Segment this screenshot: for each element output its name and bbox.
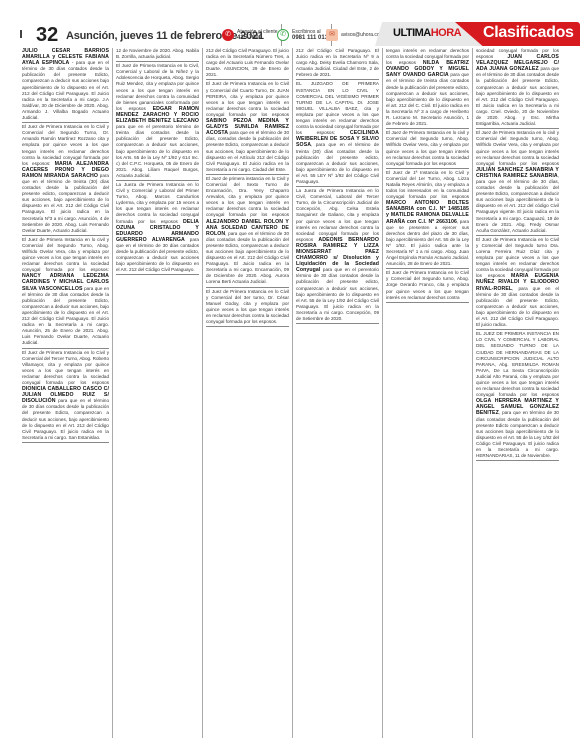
notice-body: para que en el término de 30 días contad… xyxy=(116,237,199,272)
legal-notice: 212 del Código Civil Paraguayo. El juici… xyxy=(206,48,289,80)
ultimahora-logo: ULTIMAHORA xyxy=(393,27,461,39)
notice-intro: El Juez de Primera Instancia en lo Civil… xyxy=(206,289,289,324)
legal-notice: La Jueza de Primera Instancia en lo Civi… xyxy=(116,182,199,275)
contact-value: 0981 111 013 xyxy=(292,35,328,41)
classifieds-columns: JULIO CESAR BARRIOS AMARILLA y CELESTE F… xyxy=(22,48,562,738)
notice-body: para que en el término de 30 días, conta… xyxy=(206,130,289,172)
notice-body: 212 del Código Civil Paraguayo. El juici… xyxy=(206,48,289,77)
notice-body: , para que en el término de 30 días cont… xyxy=(476,286,559,328)
notice-intro: El Juez de Primera Instancia en lo Civil… xyxy=(476,237,559,279)
notice-body: para que en el perentorio término de tre… xyxy=(116,124,199,178)
legal-notice: La Jueza de Primera Instancia en lo Civi… xyxy=(296,188,379,324)
legal-notice: 212 del Código Civil Paraguayo. El Juici… xyxy=(296,48,379,80)
column-4: 212 del Código Civil Paraguayo. El Juici… xyxy=(292,48,382,738)
section-banner: ULTIMAHORA Clasificados xyxy=(375,22,580,46)
legal-notice: El Juez de Primera Instancia en lo Civil… xyxy=(22,124,109,236)
notice-parties: JULIÁN SANCHEZ SANABRIA Y CRISTINA RAMIR… xyxy=(476,167,559,179)
column-5: tengan interés en reclamar derechos cont… xyxy=(382,48,472,738)
contact-whatsapp: ✆ Escríbinos al 0981 111 013 xyxy=(277,24,332,46)
notice-body: 212 del Código Civil Paraguayo. El Juici… xyxy=(296,48,379,77)
notice-intro: El Juez de Primera Instancia en lo civil… xyxy=(386,130,469,165)
whatsapp-icon: ✆ xyxy=(277,29,289,41)
notice-intro: El Juez de Primera Instancia en lo civil… xyxy=(22,237,109,272)
notice-intro: El Juez de Primera Instancia en lo Civil… xyxy=(206,81,289,116)
notice-intro: El Juez de Primera Instancia en lo Civil… xyxy=(386,270,469,299)
page-header: 32 Asunción, jueves 11 de febrero de 202… xyxy=(0,22,580,46)
notice-body: 12 de Noviembre de 2020. Abog. Nabila B.… xyxy=(116,48,199,59)
notice-body: para que en el término de 30 días contad… xyxy=(22,286,109,346)
notice-body: - para que en el término de 30 días cont… xyxy=(22,60,109,120)
phone-icon: ✆ xyxy=(222,29,234,41)
legal-notice: El Juez de primera instancia en lo Civil… xyxy=(206,176,289,288)
legal-notice: El Juez de Primera Instancia en lo civil… xyxy=(22,237,109,349)
column-2: 12 de Noviembre de 2020. Abog. Nabila B.… xyxy=(112,48,202,738)
legal-notice: tengan interés en reclamar derechos cont… xyxy=(386,48,469,129)
legal-notice: El Juez de Primera Instancia en lo Civil… xyxy=(22,350,109,443)
contact-customer-service: ✆ Atención al cliente 415 7000 xyxy=(222,24,282,46)
legal-notice: El Juez de 1ª Instancia en lo Civil y Co… xyxy=(386,170,469,270)
mail-icon: ✉ xyxy=(326,29,338,41)
column-6: sociedad conyugal formada por los esposo… xyxy=(472,48,562,738)
notice-intro: El Juez de primera instancia en lo Civil… xyxy=(206,176,289,218)
column-3: 212 del Código Civil Paraguayo. El juici… xyxy=(202,48,292,738)
legal-notice: El Juez de Primera Instancia en lo Civil… xyxy=(206,81,289,174)
notice-body: , para que se presenten a ejercer sus de… xyxy=(386,219,469,267)
notice-body: , para que en el término de 30 días, con… xyxy=(476,173,559,233)
legal-notice: El Juez de Primera Instancia en lo civil… xyxy=(386,130,469,169)
notice-intro: EL JUEZ DE PRIMERA INSTANCIA EN LO CIVIL… xyxy=(476,331,559,397)
legal-notice: El Juez de Primera Instancia en lo civil… xyxy=(476,130,559,236)
notice-body: para que en el término de 30 días contad… xyxy=(476,66,559,126)
notice-body: para que en el término de treinta días c… xyxy=(386,72,469,126)
legal-notice: EL JUEZ DE PRIMERA INSTANCIA EN LO CIVIL… xyxy=(476,331,559,461)
notice-body: , para que en el término de 30 días cont… xyxy=(206,231,289,285)
notice-body: para que en el término de treinta (30) d… xyxy=(22,173,109,233)
section-title: Clasificados xyxy=(483,24,574,42)
notice-intro: El Juez de Primera Instancia en lo Civil… xyxy=(116,63,199,111)
notice-body: , para que en el término de treinta (30)… xyxy=(296,142,379,184)
logo-prefix: ULTIMA xyxy=(393,27,431,39)
legal-notice: sociedad conyugal formada por los esposo… xyxy=(476,48,559,129)
notice-intro: La Jueza de Primera Instancia en lo Civi… xyxy=(116,182,199,224)
legal-notice: EL JUZGADO DE PRIMERA INSTANCIA EN LO CI… xyxy=(296,81,379,187)
notice-intro: El Juez de 1ª Instancia en lo Civil y Co… xyxy=(386,170,469,199)
legal-notice: El Juez de Primera Instancia en lo Civil… xyxy=(386,270,469,302)
page-number: 32 xyxy=(36,24,58,47)
logo-suffix: HORA xyxy=(431,27,461,39)
column-1: JULIO CESAR BARRIOS AMARILLA y CELESTE F… xyxy=(22,48,112,738)
notice-intro: EL JUZGADO DE PRIMERA INSTANCIA EN LO CI… xyxy=(296,81,379,135)
notice-intro: El Juez de Primera Instancia en lo Civil… xyxy=(22,124,109,166)
notice-intro: La Jueza de Primera Instancia en lo Civi… xyxy=(296,188,379,242)
notice-intro: El Juez de Primera Instancia en lo civil… xyxy=(476,130,559,165)
notice-body: para que en el perentorio término de 30 … xyxy=(296,267,379,321)
notice-body: , para que en término de 30 días contado… xyxy=(476,410,559,458)
legal-notice: 12 de Noviembre de 2020. Abog. Nabila B.… xyxy=(116,48,199,62)
legal-notice: El Juez de Primera Instancia en lo Civil… xyxy=(206,289,289,328)
page-margin-mark xyxy=(20,30,22,38)
notice-body: para que en el término de 30 días contad… xyxy=(22,398,109,440)
contact-value: 415 7000 xyxy=(237,35,278,41)
legal-notice: JULIO CESAR BARRIOS AMARILLA y CELESTE F… xyxy=(22,48,109,123)
legal-notice: El Juez de Primera Instancia en lo Civil… xyxy=(116,63,199,181)
legal-notice: El Juez de Primera Instancia en lo Civil… xyxy=(476,237,559,330)
notice-intro: El Juez de Primera Instancia en lo Civil… xyxy=(22,350,109,385)
